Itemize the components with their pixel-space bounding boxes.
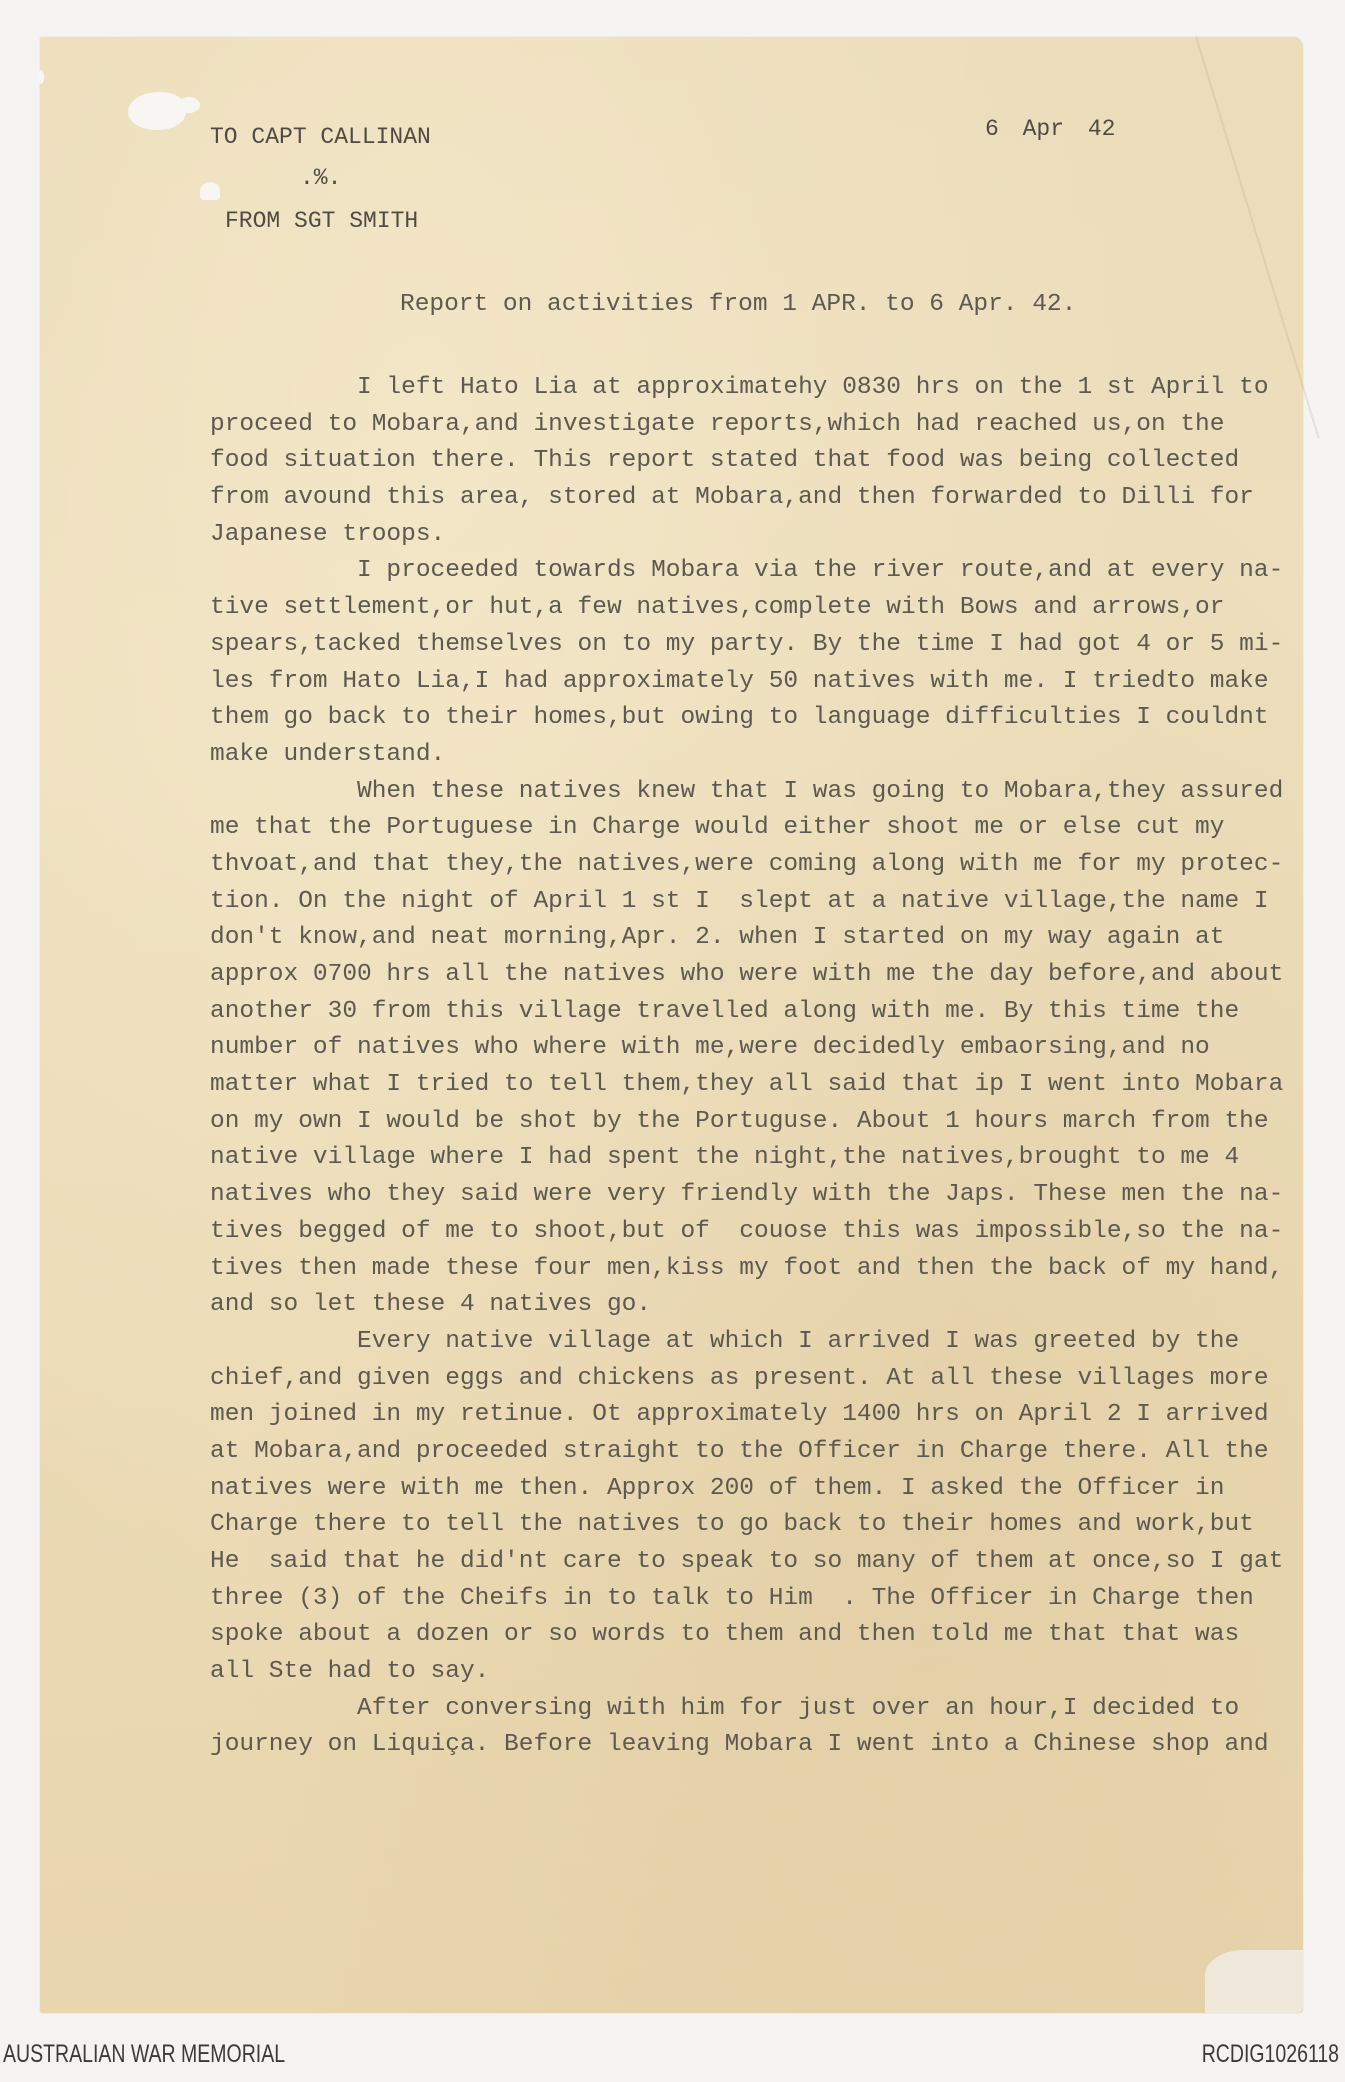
body-line: men joined in my retinue. Ot approximate… <box>210 1397 1300 1434</box>
torn-corner <box>1205 1950 1303 2013</box>
body-line: all Ste had to say. <box>210 1654 1300 1691</box>
paper-hole <box>200 182 220 200</box>
body-line: another 30 from this village travelled a… <box>210 994 1300 1031</box>
body-line: Charge there to tell the natives to go b… <box>210 1507 1300 1544</box>
paper-hole <box>178 97 200 113</box>
body-line: on my own I would be shot by the Portugu… <box>210 1104 1300 1141</box>
body-line: Every native village at which I arrived … <box>210 1324 1300 1361</box>
body-line: tion. On the night of April 1 st I slept… <box>210 884 1300 921</box>
body-line: proceed to Mobara,and investigate report… <box>210 407 1300 444</box>
body-line: spears,tacked themselves on to my party.… <box>210 627 1300 664</box>
body-line: tive settlement,or hut,a few natives,com… <box>210 590 1300 627</box>
recipient-line: TO CAPT CALLINAN <box>210 124 431 150</box>
body-line: After conversing with him for just over … <box>210 1691 1300 1728</box>
body-line: me that the Portuguese in Charge would e… <box>210 810 1300 847</box>
body-line: I proceeded towards Mobara via the river… <box>210 553 1300 590</box>
body-line: make understand. <box>210 737 1300 774</box>
body-line: tives begged of me to shoot,but of couos… <box>210 1214 1300 1251</box>
body-line: them go back to their homes,but owing to… <box>210 700 1300 737</box>
body-line: three (3) of the Cheifs in to talk to Hi… <box>210 1581 1300 1618</box>
body-line: I left Hato Lia at approximatehy 0830 hr… <box>210 370 1300 407</box>
body-line: tives then made these four men,kiss my f… <box>210 1251 1300 1288</box>
body-line: les from Hato Lia,I had approximately 50… <box>210 664 1300 701</box>
paper-hole <box>128 92 186 130</box>
paper-edge-nick <box>38 70 44 84</box>
body-line: don't know,and neat morning,Apr. 2. when… <box>210 920 1300 957</box>
body-line: from avound this area, stored at Mobara,… <box>210 480 1300 517</box>
body-line: natives who they said were very friendly… <box>210 1177 1300 1214</box>
body-line: natives were with me then. Approx 200 of… <box>210 1471 1300 1508</box>
body-line: thvoat,and that they,the natives,were co… <box>210 847 1300 884</box>
body-line: He said that he did'nt care to speak to … <box>210 1544 1300 1581</box>
body-line: When these natives knew that I was going… <box>210 774 1300 811</box>
archive-reference-id: RCDIG1026118 <box>1202 2040 1339 2069</box>
report-title: Report on activities from 1 APR. to 6 Ap… <box>400 287 1076 324</box>
care-of-separator: .%. <box>300 165 341 191</box>
body-line: matter what I tried to tell them,they al… <box>210 1067 1300 1104</box>
body-line: at Mobara,and proceeded straight to the … <box>210 1434 1300 1471</box>
sender-line: FROM SGT SMITH <box>225 208 418 234</box>
body-line: and so let these 4 natives go. <box>210 1287 1300 1324</box>
body-line: native village where I had spent the nig… <box>210 1140 1300 1177</box>
body-line: approx 0700 hrs all the natives who were… <box>210 957 1300 994</box>
body-line: number of natives who where with me,were… <box>210 1030 1300 1067</box>
institution-credit: AUSTRALIAN WAR MEMORIAL <box>3 2040 285 2069</box>
date-line: 6 Apr 42 <box>985 116 1115 142</box>
body-line: Japanese troops. <box>210 517 1300 554</box>
body-line: journey on Liquiça. Before leaving Mobar… <box>210 1727 1300 1764</box>
report-body: I left Hato Lia at approximatehy 0830 hr… <box>210 370 1300 1764</box>
body-line: food situation there. This report stated… <box>210 443 1300 480</box>
body-line: spoke about a dozen or so words to them … <box>210 1617 1300 1654</box>
body-line: chief,and given eggs and chickens as pre… <box>210 1361 1300 1398</box>
